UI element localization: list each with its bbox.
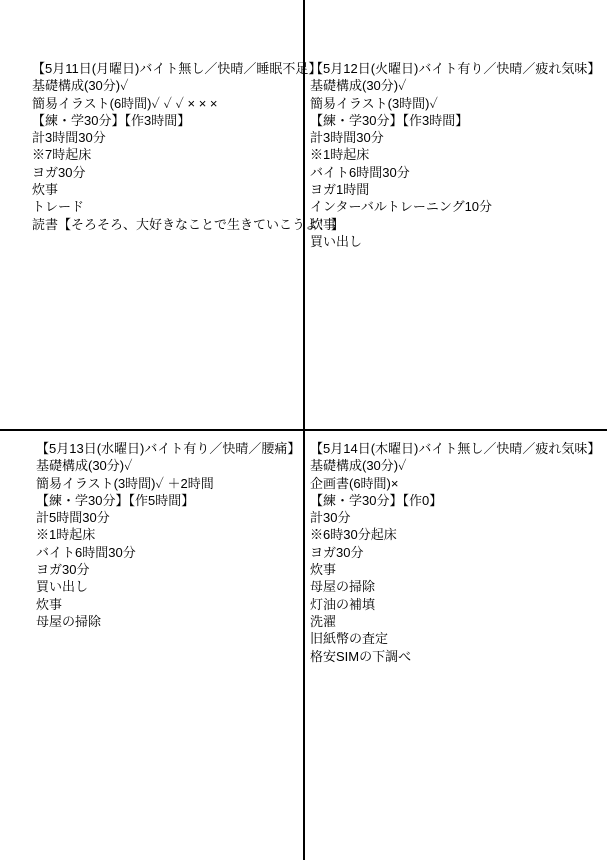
entry-line: 【練・学30分】【作0】: [310, 492, 600, 509]
entry-line: 【練・学30分】【作3時間】: [32, 112, 344, 129]
journal-page: 【5月11日(月曜日)バイト無し／快晴／睡眠不足】 基礎構成(30分)✓簡易イラ…: [0, 0, 607, 860]
entry-line: 計3時間30分: [310, 129, 600, 146]
entry-line: 母屋の掃除: [310, 578, 600, 595]
entry-line: 母屋の掃除: [36, 613, 300, 630]
entry-line: 炊事: [310, 561, 600, 578]
entry-line: 格安SIMの下調べ: [310, 648, 600, 665]
entry-line: バイト6時間30分: [310, 164, 600, 181]
entry-line: ※1時起床: [310, 146, 600, 163]
entry-line: 基礎構成(30分)✓: [310, 77, 600, 94]
entry-line: 基礎構成(30分)✓: [310, 457, 600, 474]
entry-date-header: 【5月12日(火曜日)バイト有り／快晴／疲れ気味】: [310, 60, 600, 77]
entry-line: ヨガ1時間: [310, 181, 600, 198]
entry-line: 簡易イラスト(3時間)✓ ＋2時間: [36, 475, 300, 492]
entry-line: 【練・学30分】【作3時間】: [310, 112, 600, 129]
entry-activity-list: 基礎構成(30分)✓簡易イラスト(6時間)✓ ✓ ✓ × × ×【練・学30分】…: [32, 77, 344, 233]
entry-date-header: 【5月13日(水曜日)バイト有り／快晴／腰痛】: [36, 440, 300, 457]
entry-line: トレード: [32, 198, 344, 215]
entry-line: 簡易イラスト(6時間)✓ ✓ ✓ × × ×: [32, 95, 344, 112]
entry-line: 炊事: [32, 181, 344, 198]
entry-line: 基礎構成(30分)✓: [32, 77, 344, 94]
entry-date-header: 【5月11日(月曜日)バイト無し／快晴／睡眠不足】: [32, 60, 344, 77]
entry-line: 炊事: [36, 596, 300, 613]
entry-line: 買い出し: [36, 578, 300, 595]
entry-line: ※6時30分起床: [310, 526, 600, 543]
entry-line: バイト6時間30分: [36, 544, 300, 561]
entry-line: ヨガ30分: [36, 561, 300, 578]
entry-line: 計3時間30分: [32, 129, 344, 146]
entry-line: 灯油の補填: [310, 596, 600, 613]
entry-line: 洗濯: [310, 613, 600, 630]
entry-may-12: 【5月12日(火曜日)バイト有り／快晴／疲れ気味】 基礎構成(30分)✓簡易イラ…: [310, 60, 600, 250]
entry-line: 簡易イラスト(3時間)✓: [310, 95, 600, 112]
entry-line: ヨガ30分: [32, 164, 344, 181]
entry-line: 基礎構成(30分)✓: [36, 457, 300, 474]
entry-line: 【練・学30分】【作5時間】: [36, 492, 300, 509]
entry-may-13: 【5月13日(水曜日)バイト有り／快晴／腰痛】 基礎構成(30分)✓簡易イラスト…: [36, 440, 300, 630]
entry-activity-list: 基礎構成(30分)✓企画書(6時間)×【練・学30分】【作0】計30分※6時30…: [310, 457, 600, 665]
entry-date-header: 【5月14日(木曜日)バイト無し／快晴／疲れ気味】: [310, 440, 600, 457]
entry-line: ヨガ30分: [310, 544, 600, 561]
entry-line: ※7時起床: [32, 146, 344, 163]
entry-may-11: 【5月11日(月曜日)バイト無し／快晴／睡眠不足】 基礎構成(30分)✓簡易イラ…: [32, 60, 344, 233]
horizontal-divider: [0, 429, 607, 431]
entry-line: 計5時間30分: [36, 509, 300, 526]
entry-line: 計30分: [310, 509, 600, 526]
entry-activity-list: 基礎構成(30分)✓簡易イラスト(3時間)✓ ＋2時間【練・学30分】【作5時間…: [36, 457, 300, 630]
entry-may-14: 【5月14日(木曜日)バイト無し／快晴／疲れ気味】 基礎構成(30分)✓企画書(…: [310, 440, 600, 665]
entry-line: 炊事: [310, 216, 600, 233]
entry-line: インターバルトレーニング10分: [310, 198, 600, 215]
entry-line: 読書【そろそろ、大好きなことで生きていこうよ！】: [32, 216, 344, 233]
entry-line: ※1時起床: [36, 526, 300, 543]
entry-line: 旧紙幣の査定: [310, 630, 600, 647]
entry-line: 買い出し: [310, 233, 600, 250]
entry-activity-list: 基礎構成(30分)✓簡易イラスト(3時間)✓【練・学30分】【作3時間】計3時間…: [310, 77, 600, 250]
entry-line: 企画書(6時間)×: [310, 475, 600, 492]
